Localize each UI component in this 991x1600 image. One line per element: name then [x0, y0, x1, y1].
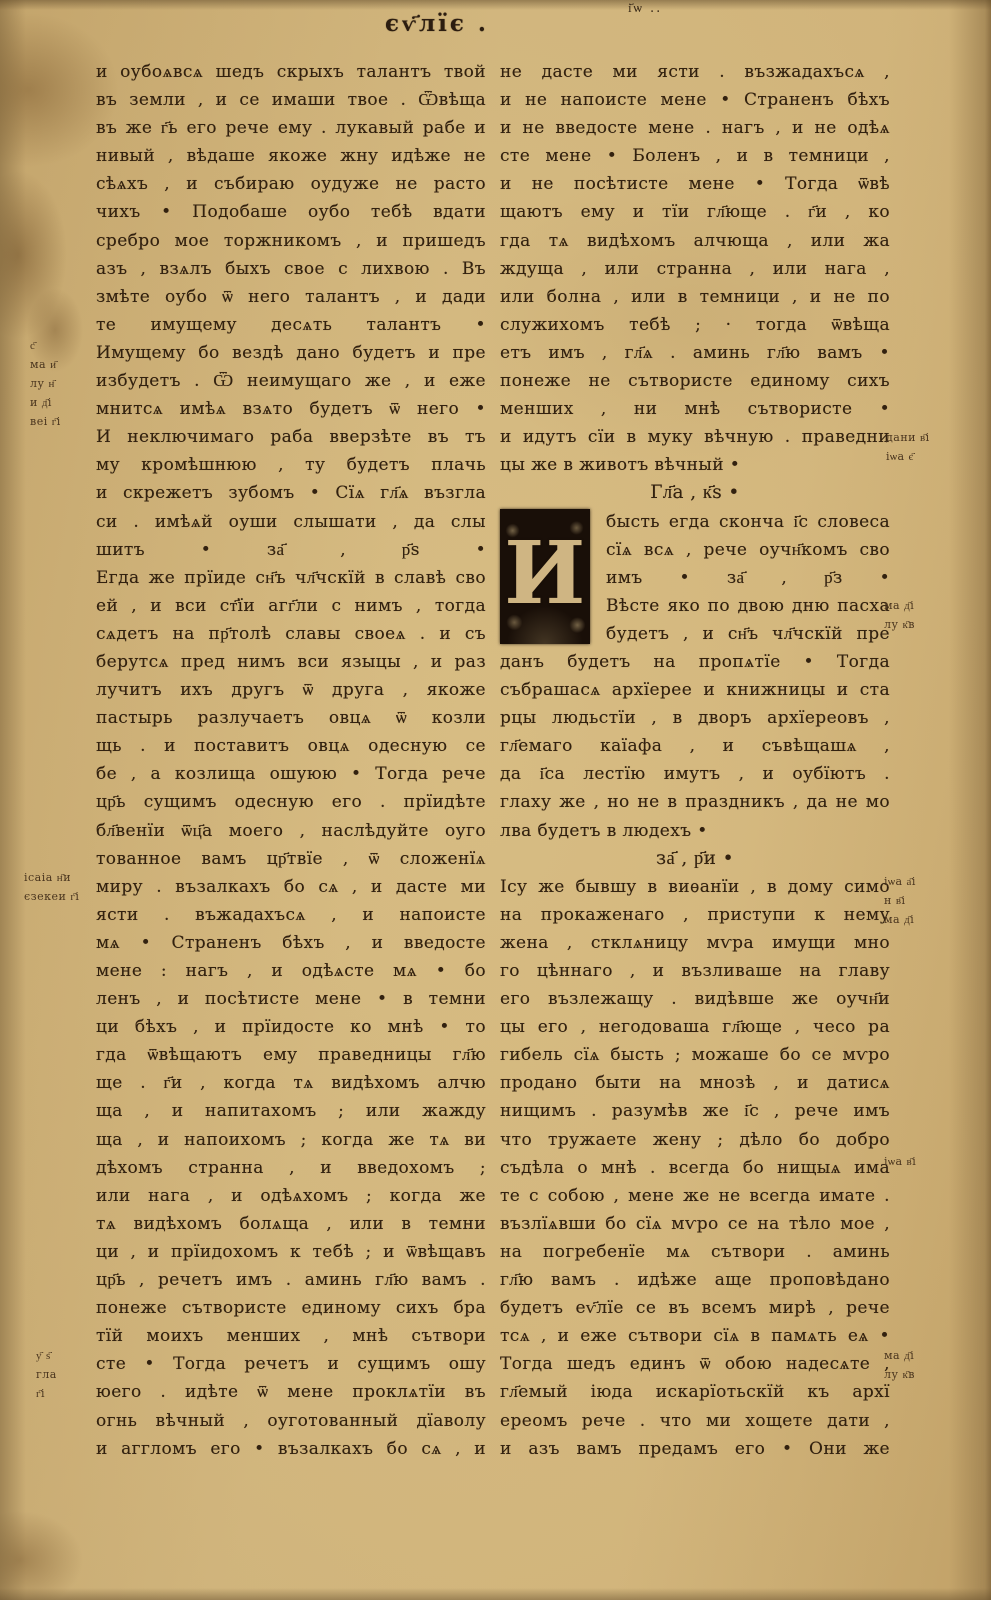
- text-line: избудетъ . Ѿ неимущаго же , и еже: [96, 367, 486, 395]
- text-line: пастырь разлучаетъ овцѧ ѿ козли: [96, 704, 486, 732]
- text-line: огнь вѣчный , оуготованный дїаволу: [96, 1407, 486, 1435]
- margin-note-row: дани в҃і: [886, 428, 930, 447]
- text-line: менших , ни мнѣ сътвористе •: [500, 395, 890, 423]
- margin-note: іѡа а҃і н в҃і ма д҃і: [884, 872, 916, 929]
- left-column: и оубоѧвсѧ шедъ скрыхъ талантъ твой въ з…: [96, 58, 486, 1463]
- text-line: чихъ • Подобаше оубо тебѣ вдати: [96, 198, 486, 226]
- text-line: понеже сътвористе единому сихъ бра: [96, 1294, 486, 1322]
- scanned-gospel-page: єѵ҃лїє . і҃ѡ .. и оубоѧвсѧ шедъ скрыхъ т…: [0, 0, 991, 1600]
- text-line: змѣте оубо ѿ него талантъ , и дади: [96, 283, 486, 311]
- margin-note-row: ісаіа н҃и: [24, 868, 79, 887]
- text-line: етъ имъ , гл҃ѧ . аминь гл҃ю вамъ •: [500, 339, 890, 367]
- margin-note-row: и д҃і: [30, 393, 61, 412]
- margin-note-row: н в҃і: [884, 891, 916, 910]
- text-line: нивый , вѣдаше якоже жну идѣже не: [96, 142, 486, 170]
- text-line: ей , и вси ст҃їи агг҃ли с нимъ , тогда: [96, 592, 486, 620]
- margin-note-row: іѡа є҃: [886, 447, 930, 466]
- text-line: и оубоѧвсѧ шедъ скрыхъ талантъ твой: [96, 58, 486, 86]
- text-line: сѣѧхъ , и събираю оудуже не расто: [96, 170, 486, 198]
- margin-note-row: ма д҃і: [884, 1346, 915, 1365]
- text-line: берутсѧ пред нимъ вси языцы , и раз: [96, 648, 486, 676]
- text-line: миру . възалкахъ бо сѧ , и дасте ми: [96, 873, 486, 901]
- text-line: мене : нагъ , и одѣѧсте мѧ • бо: [96, 957, 486, 985]
- margin-note-row: гла: [36, 1365, 57, 1384]
- margin-note: с҃ ма и҃ лу н҃ и д҃і веі г҃і: [30, 336, 61, 431]
- text-line: съдѣла о мнѣ . всегда бо нищыѧ има: [500, 1154, 890, 1182]
- text-line: Вѣсте яко по двою дню пасха: [606, 592, 890, 620]
- text-line: будетъ еѵ҃лїе се въ всемъ мирѣ , рече: [500, 1294, 890, 1322]
- margin-note-row: іѡа а҃і: [884, 872, 916, 891]
- margin-note: ма д҃і лу к҃в: [884, 596, 915, 634]
- text-line: Егда же прїиде сн҃ъ чл҃чскїй в славѣ сво: [96, 564, 486, 592]
- text-line: на погребенїе мѧ сътвори . аминь: [500, 1238, 890, 1266]
- text-line: что тружаете жену ; дѣло бо добро: [500, 1126, 890, 1154]
- right-column: И не дасте ми ясти . възжадахъсѧ , и не …: [500, 58, 890, 1463]
- text-line: рцы людьстїи , в дворъ архїереовъ ,: [500, 704, 890, 732]
- text-line: сѧдетъ на пр҃толѣ славы своеѧ . и съ: [96, 620, 486, 648]
- text-line: го цѣннаго , и възливаше на главу: [500, 957, 890, 985]
- text-line: сїѧ всѧ , рече оучн҃комъ сво: [606, 536, 890, 564]
- text-line: мнитсѧ имѣѧ взѧто будетъ ѿ него •: [96, 395, 486, 423]
- text-line: юего . идѣте ѿ мене проклѧтїи въ: [96, 1378, 486, 1406]
- text-line: тсѧ , и еже сътвори сїѧ в памѧть еѧ •: [500, 1322, 890, 1350]
- margin-note-row: іѡа в҃і: [884, 1152, 916, 1171]
- text-line: сте • Тогда речетъ и сущимъ ошу: [96, 1350, 486, 1378]
- text-line: или нага , и одѣѧхомъ ; когда же: [96, 1182, 486, 1210]
- text-line: и не напоисте мене • Страненъ бѣхъ: [500, 86, 890, 114]
- text-line: щаютъ ему и тїи гл҃юще . г҃и , ко: [500, 198, 890, 226]
- margin-note-row: с҃: [30, 336, 61, 355]
- margin-note: ісаіа н҃и єзекеи г҃і: [24, 868, 79, 906]
- text-line: азъ , взѧлъ быхъ свое с лихвою . Въ: [96, 255, 486, 283]
- text-line: тованное вамъ цр҃твїе , ѿ сложенїѧ: [96, 845, 486, 873]
- text-line: сте мене • Боленъ , и в темници ,: [500, 142, 890, 170]
- margin-note-row: веі г҃і: [30, 412, 61, 431]
- text-line: да і҃са лестїю имутъ , и оубїютъ .: [500, 760, 890, 788]
- text-line: възлїѧвши бо сїѧ мѵро се на тѣло мое ,: [500, 1210, 890, 1238]
- text-line: бысть егда сконча і҃с словеса: [606, 508, 890, 536]
- text-line: те с собою , мене же не всегда имате .: [500, 1182, 890, 1210]
- text-line: тѧ видѣхомъ болѧща , или в темни: [96, 1210, 486, 1238]
- text-line: и не посѣтисте мене • Тогда ѿвѣ: [500, 170, 890, 198]
- text-line: данъ будетъ на пропѧтїе • Тогда: [500, 648, 890, 676]
- text-line: глаху же , но не в праздникъ , да не мо: [500, 788, 890, 816]
- text-line: Тогда шедъ единъ ѿ обою надесѧте ,: [500, 1350, 890, 1378]
- text-line: понеже не сътвористе единому сихъ: [500, 367, 890, 395]
- text-line: лучитъ ихъ другъ ѿ друга , якоже: [96, 676, 486, 704]
- text-line: събрашасѧ архїерее и книжницы и ста: [500, 676, 890, 704]
- text-line: цр҃ь , речетъ имъ . аминь гл҃ю вамъ .: [96, 1266, 486, 1294]
- zachalo-mark-line: шитъ • за҃ , р҃ѕ •: [96, 536, 486, 564]
- text-line: ща , и напитахомъ ; или жажду: [96, 1097, 486, 1125]
- zachalo-heading: за҃ , р҃и •: [500, 845, 890, 873]
- text-line: ща , и напоихомъ ; когда же тѧ ви: [96, 1126, 486, 1154]
- text-line: дѣхомъ странна , и введохомъ ;: [96, 1154, 486, 1182]
- text-line: Ісу же бывшу в виѳанїи , в дому симо: [500, 873, 890, 901]
- text-line: гл҃емаго каїафа , и съвѣщашѧ ,: [500, 732, 890, 760]
- text-line: ленъ , и посѣтисте мене • в темни: [96, 985, 486, 1013]
- margin-note-row: ма и҃: [30, 355, 61, 374]
- margin-note-row: г҃і: [36, 1384, 57, 1403]
- margin-note: у҃ ѕ҃ гла г҃і: [36, 1346, 57, 1403]
- text-line: и азъ вамъ предамъ его • Они же: [500, 1435, 890, 1463]
- text-line: ереомъ рече . что ми хощете дати ,: [500, 1407, 890, 1435]
- margin-note: ма д҃і лу к҃в: [884, 1346, 915, 1384]
- text-line: ждуща , или странна , или нага ,: [500, 255, 890, 283]
- text-line: жена , стклѧницу мѵра имущи мно: [500, 929, 890, 957]
- text-line: и идутъ сїи в муку вѣчную . праведни: [500, 423, 890, 451]
- text-line: цы его , негодоваша гл҃юще , чесо ра: [500, 1013, 890, 1041]
- text-line: бе , а козлища ошуюю • Тогда рече: [96, 760, 486, 788]
- text-line: въ же г҃ь его рече ему . лукавый рабе и …: [96, 114, 486, 142]
- margin-note-row: лу к҃в: [884, 615, 915, 634]
- text-line: щь . и поставитъ овцѧ одесную се: [96, 732, 486, 760]
- text-line: продано быти на мнозѣ , и датисѧ: [500, 1069, 890, 1097]
- margin-note-row: лу н҃: [30, 374, 61, 393]
- margin-note-row: у҃ ѕ҃: [36, 1346, 57, 1365]
- text-line: нищимъ . разумѣв же і҃с , рече имъ: [500, 1097, 890, 1125]
- text-line: и скрежетъ зубомъ • Сїѧ гл҃ѧ възгла: [96, 479, 486, 507]
- text-line: или болна , или в темници , и не по: [500, 283, 890, 311]
- text-line: не дасте ми ясти . възжадахъсѧ ,: [500, 58, 890, 86]
- text-line: те имущему десѧть талантъ •: [96, 311, 486, 339]
- text-line: и не введосте мене . нагъ , и не одѣѧ: [500, 114, 890, 142]
- text-line: и аггломъ его • възалкахъ бо сѧ , и: [96, 1435, 486, 1463]
- text-line: бл҃венїи ѿц҃а моего , наслѣдуйте оуго: [96, 817, 486, 845]
- ornate-initial: И: [500, 509, 590, 644]
- text-line: ци бѣхъ , и прїидосте ко мнѣ • то: [96, 1013, 486, 1041]
- ornate-initial-letter: И: [500, 509, 590, 639]
- margin-note: іѡа в҃і: [884, 1152, 916, 1171]
- text-line: лва будетъ в людехъ •: [500, 817, 890, 845]
- text-line: цы же в животъ вѣчный •: [500, 451, 890, 479]
- text-line: въ земли , и се имаши твое . Ѿвѣща: [96, 86, 486, 114]
- text-line: гда ѿвѣщаютъ ему праведницы гл҃ю: [96, 1041, 486, 1069]
- text-line: тїй моихъ менших , мнѣ сътвори: [96, 1322, 486, 1350]
- text-line: мѧ • Страненъ бѣхъ , и введосте: [96, 929, 486, 957]
- text-line: гда тѧ видѣхомъ алчюща , или жа: [500, 227, 890, 255]
- chapter-heading: Гл҃а , к҃ѕ •: [500, 479, 890, 507]
- text-line: гл҃емый іюда искарїотьскїй къ архї: [500, 1378, 890, 1406]
- margin-note-row: ма д҃і: [884, 910, 916, 929]
- margin-note-row: ма д҃і: [884, 596, 915, 615]
- text-line: его възлежащу . видѣвше же оучн҃и: [500, 985, 890, 1013]
- zachalo-mark-line: имъ • за҃ , р҃з •: [606, 564, 890, 592]
- text-line: на прокаженаго , приступи к нему: [500, 901, 890, 929]
- margin-note-row: єзекеи г҃і: [24, 887, 79, 906]
- text-line: Имущему бо вездѣ дано будетъ и пре: [96, 339, 486, 367]
- text-line: служихомъ тебѣ ; · тогда ѿвѣща: [500, 311, 890, 339]
- text-line: ясти . въжадахъсѧ , и напоисте: [96, 901, 486, 929]
- text-line: си . имѣѧй оуши слышати , да слы: [96, 508, 486, 536]
- text-line: будетъ , и сн҃ъ чл҃чскїй пре: [606, 620, 890, 648]
- text-line: ще . г҃и , когда тѧ видѣхомъ алчю: [96, 1069, 486, 1097]
- text-line: цр҃ь сущимъ одесную его . прїидѣте: [96, 788, 486, 816]
- margin-note: дани в҃і іѡа є҃: [886, 428, 930, 466]
- text-line: гл҃ю вамъ . идѣже аще проповѣдано: [500, 1266, 890, 1294]
- corner-mark: і҃ѡ ..: [628, 0, 662, 16]
- text-line: ци , и прїидохомъ к тебѣ ; и ѿвѣщавъ: [96, 1238, 486, 1266]
- text-line: И неключимаго раба вверзѣте въ тъ: [96, 423, 486, 451]
- text-line: сребро мое торжникомъ , и пришедъ: [96, 227, 486, 255]
- text-line: му кромѣшнюю , ту будетъ плачь: [96, 451, 486, 479]
- text-line: гибель сїѧ бысть ; можаше бо се мѵро: [500, 1041, 890, 1069]
- margin-note-row: лу к҃в: [884, 1365, 915, 1384]
- running-title: єѵ҃лїє .: [312, 10, 562, 37]
